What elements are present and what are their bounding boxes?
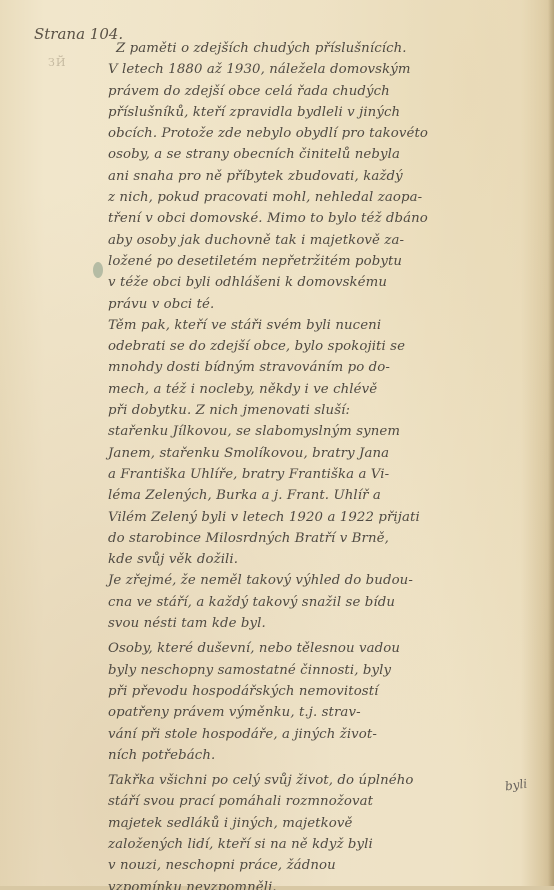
text-line: kde svůj věk dožili. <box>108 549 528 570</box>
text-line: vzpomínku nevzpomněli. <box>108 877 528 890</box>
text-line: právem do zdejší obce celá řada chudých <box>108 81 528 102</box>
text-line: v nouzi, neschopni práce, žádnou <box>108 855 528 876</box>
text-line: byly neschopny samostatné činnosti, byly <box>108 660 528 681</box>
text-line: Je zřejmé, že neměl takový výhled do bud… <box>108 570 528 591</box>
text-line: majetek sedláků i jiných, majetkově <box>108 813 528 834</box>
manuscript-page: ЗЙ Strana 104. Z paměti o zdejších chudý… <box>0 0 554 890</box>
text-line: a Františka Uhlíře, bratry Františka a V… <box>108 464 528 485</box>
text-line: opatřeny právem výměnku, t.j. strav- <box>108 702 528 723</box>
text-line: Vilém Zelený byli v letech 1920 a 1922 p… <box>108 507 528 528</box>
text-line: ních potřebách. <box>108 745 528 766</box>
paragraph-5: Takřka všichni po celý svůj život, do úp… <box>108 770 528 890</box>
page-edge-shadow <box>548 0 554 890</box>
text-line: obcích. Protože zde nebylo obydlí pro ta… <box>108 123 528 144</box>
text-line: aby osoby jak duchovně tak i majetkově z… <box>108 230 528 251</box>
text-line: do starobince Milosrdných Bratří v Brně, <box>108 528 528 549</box>
text-line: mnohdy dosti bídným stravováním po do- <box>108 357 528 378</box>
text-line: z nich, pokud pracovati mohl, nehledal z… <box>108 187 528 208</box>
text-line: cna ve stáří, a každý takový snažil se b… <box>108 592 528 613</box>
text-line: založených lidí, kteří si na ně když byl… <box>108 834 528 855</box>
paragraph-4: Osoby, které duševní, nebo tělesnou vado… <box>108 638 528 766</box>
faint-stamp-mark: ЗЙ <box>48 56 66 69</box>
text-line: Janem, stařenku Smolíkovou, bratry Jana <box>108 443 528 464</box>
text-line: při převodu hospodářských nemovitostí <box>108 681 528 702</box>
text-line: svou nésti tam kde byl. <box>108 613 528 634</box>
manuscript-body: Z paměti o zdejších chudých příslušnícíc… <box>108 38 528 890</box>
text-line: právu v obci té. <box>108 294 528 315</box>
text-line: stařenku Jílkovou, se slabomyslným synem <box>108 421 528 442</box>
text-line: odebrati se do zdejší obce, bylo spokoji… <box>108 336 528 357</box>
text-line: ani snaha pro ně příbytek zbudovati, kaž… <box>108 166 528 187</box>
text-line: příslušníků, kteří zpravidla bydleli v j… <box>108 102 528 123</box>
text-line: ložené po desetiletém nepřetržitém pobyt… <box>108 251 528 272</box>
text-line: mech, a též i nocleby, někdy i ve chlévě <box>108 379 528 400</box>
paragraph-2: Těm pak, kteří ve stáři svém byli nuceni… <box>108 315 528 571</box>
text-line: osoby, a se strany obecních činitelů neb… <box>108 144 528 165</box>
paragraph-3: Je zřejmé, že neměl takový výhled do bud… <box>108 570 528 634</box>
text-line: tření v obci domovské. Mimo to bylo též … <box>108 208 528 229</box>
text-line: Osoby, které duševní, nebo tělesnou vado… <box>108 638 528 659</box>
paragraph-1: V letech 1880 až 1930, náležela domovský… <box>108 59 528 315</box>
text-line: stáří svou prací pomáhali rozmnožovat <box>108 791 528 812</box>
text-line: v téže obci byli odhlášeni k domovskému <box>108 272 528 293</box>
text-line: léma Zelených, Burka a j. Frant. Uhlíř a <box>108 485 528 506</box>
text-line: Takřka všichni po celý svůj život, do úp… <box>108 770 528 791</box>
manuscript-title: Z paměti o zdejších chudých příslušnícíc… <box>108 38 528 59</box>
text-line: Těm pak, kteří ve stáři svém byli nuceni <box>108 315 528 336</box>
ink-blot <box>93 262 103 278</box>
text-line: vání při stole hospodáře, a jiných život… <box>108 724 528 745</box>
text-line: při dobytku. Z nich jmenovati sluší: <box>108 400 528 421</box>
text-line: V letech 1880 až 1930, náležela domovský… <box>108 59 528 80</box>
